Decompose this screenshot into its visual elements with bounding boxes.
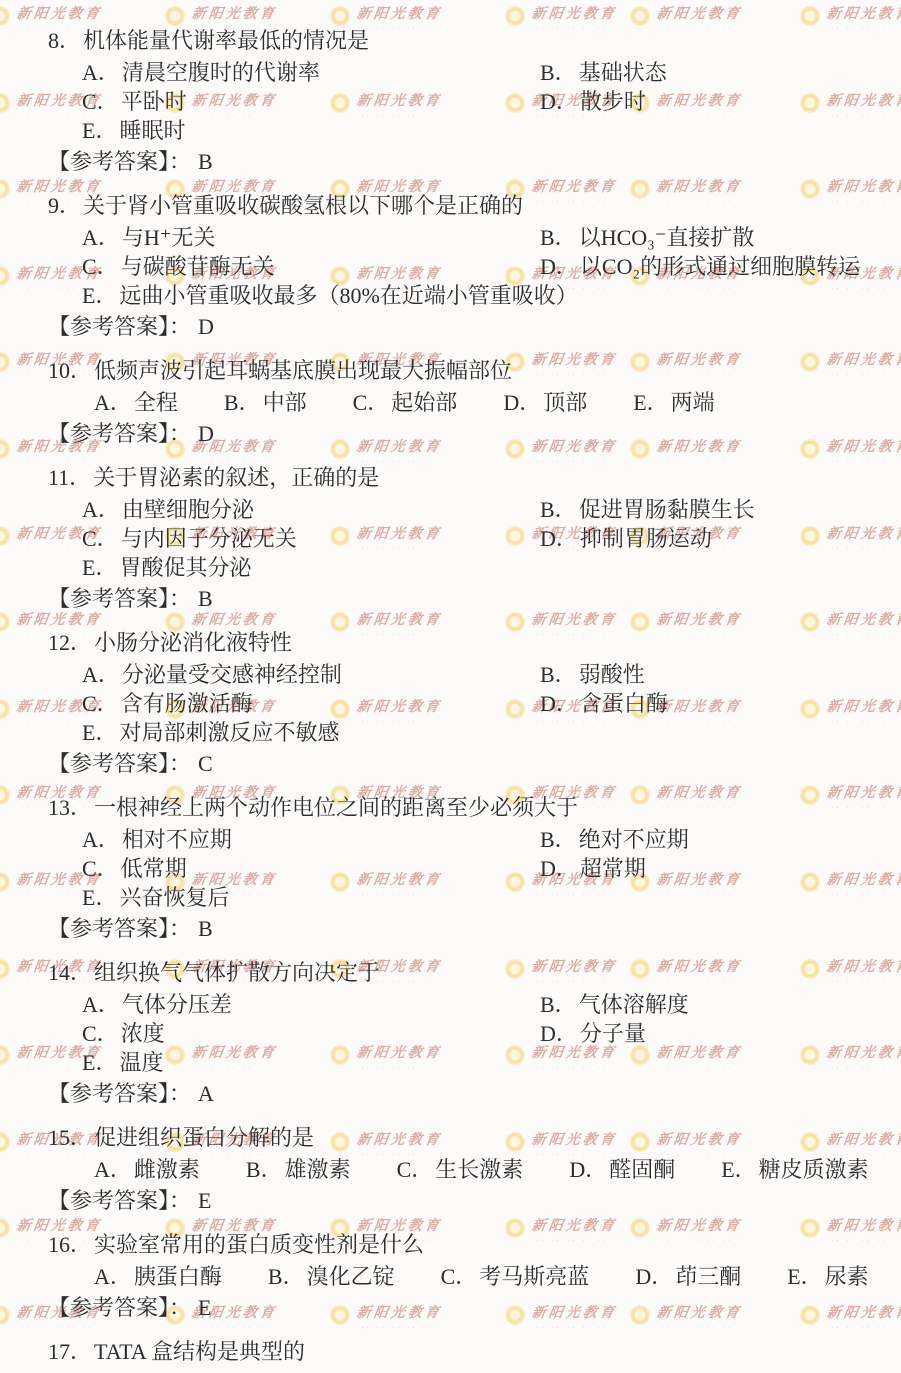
option-C: C．含有肠激活酶 xyxy=(82,689,540,718)
option-C: C．与碳酸苷酶无关 xyxy=(82,252,540,281)
answer-value: A xyxy=(198,1081,214,1106)
option-label: C． xyxy=(82,254,119,279)
answer-value: D xyxy=(198,314,214,339)
question-stem-line: 8．机体能量代谢率最低的情况是 xyxy=(48,26,901,55)
answer-line: 【参考答案】：B xyxy=(48,914,901,943)
question-stem-line: 9．关于肾小管重吸收碳酸氢根以下哪个是正确的 xyxy=(48,191,901,220)
option-label: B． xyxy=(540,497,577,522)
question-stem-line: 17．TATA 盒结构是典型的 xyxy=(48,1337,901,1366)
option-text: 与H⁺无关 xyxy=(122,225,216,250)
option-text: 分泌量受交感神经控制 xyxy=(122,662,342,687)
option-label: C． xyxy=(82,526,119,551)
option-text: 茚三酮 xyxy=(675,1264,741,1289)
option-text: 中部 xyxy=(263,390,307,415)
question-stem: 实验室常用的蛋白质变性剂是什么 xyxy=(94,1232,424,1257)
option-text: 胰蛋白酶 xyxy=(134,1264,222,1289)
option-label: E． xyxy=(82,1050,117,1075)
option-label: B． xyxy=(540,225,577,250)
option-label: E． xyxy=(633,390,668,415)
option-group: A．全程B．中部C．起始部D．顶部E．两端 xyxy=(94,388,901,417)
question-stem-line: 12．小肠分泌消化液特性 xyxy=(48,628,901,657)
option-C: C．与内因子分泌无关 xyxy=(82,524,540,553)
option-label: E． xyxy=(82,283,117,308)
option-text: 清晨空腹时的代谢率 xyxy=(122,60,320,85)
option-text: 与内因子分泌无关 xyxy=(121,526,297,551)
option-label: C． xyxy=(397,1157,434,1182)
option-text: 睡眠时 xyxy=(119,118,185,143)
option-label: C． xyxy=(82,691,119,716)
answer-value: C xyxy=(198,751,213,776)
option-B: B．促进胃肠黏膜生长 xyxy=(540,495,901,524)
option-group: A．相对不应期B．绝对不应期C．低常期D．超常期E．兴奋恢复后 xyxy=(82,825,901,912)
question-block: 16．实验室常用的蛋白质变性剂是什么 A．胰蛋白酶B．溴化乙锭C．考马斯亮蓝D．… xyxy=(48,1230,901,1322)
option-A: A．与H⁺无关 xyxy=(82,223,540,252)
answer-prefix: 【参考答案】： xyxy=(48,1295,191,1320)
option-text: 绝对不应期 xyxy=(579,827,689,852)
option-label: E． xyxy=(82,885,117,910)
option-text: 考马斯亮蓝 xyxy=(479,1264,589,1289)
option-label: B． xyxy=(540,827,577,852)
option-label: C． xyxy=(82,89,119,114)
option-B: B．中部 xyxy=(224,388,307,417)
option-label: A． xyxy=(82,827,120,852)
option-text: 气体分压差 xyxy=(122,992,232,1017)
option-group: A．由壁细胞分泌B．促进胃肠黏膜生长C．与内因子分泌无关D．抑制胃肠运动E．胃酸… xyxy=(82,495,901,582)
answer-prefix: 【参考答案】： xyxy=(48,916,191,941)
option-B: B．气体溶解度 xyxy=(540,990,901,1019)
option-text: 分子量 xyxy=(580,1021,646,1046)
option-label: D． xyxy=(540,691,578,716)
option-group: A．气体分压差B．气体溶解度C．浓度D．分子量E．温度 xyxy=(82,990,901,1077)
question-block: 9．关于肾小管重吸收碳酸氢根以下哪个是正确的 A．与H⁺无关B．以HCO₃⁻直接… xyxy=(48,191,901,341)
option-group: A．胰蛋白酶B．溴化乙锭C．考马斯亮蓝D．茚三酮E．尿素 xyxy=(94,1262,901,1291)
option-E: E．胃酸促其分泌 xyxy=(82,553,540,582)
option-text: 相对不应期 xyxy=(122,827,232,852)
answer-prefix: 【参考答案】： xyxy=(48,751,191,776)
option-C: C．生长激素 xyxy=(397,1155,524,1184)
option-label: E． xyxy=(721,1157,756,1182)
answer-value: E xyxy=(198,1295,211,1320)
question-stem: 一根神经上两个动作电位之间的距离至少必须大于 xyxy=(94,795,578,820)
option-text: 浓度 xyxy=(121,1021,165,1046)
option-group: A．清晨空腹时的代谢率B．基础状态C．平卧时D．散步时E．睡眠时 xyxy=(82,58,901,145)
question-number: 16． xyxy=(48,1232,92,1257)
question-block: 14．组织换气气体扩散方向决定于 A．气体分压差B．气体溶解度C．浓度D．分子量… xyxy=(48,958,901,1108)
option-D: D．茚三酮 xyxy=(635,1262,741,1291)
option-text: 与碳酸苷酶无关 xyxy=(121,254,275,279)
option-text: 超常期 xyxy=(580,856,646,881)
option-label: D． xyxy=(540,89,578,114)
option-text: 胃酸促其分泌 xyxy=(119,555,251,580)
answer-line: 【参考答案】：D xyxy=(48,419,901,448)
option-label: E． xyxy=(82,118,117,143)
answer-line: 【参考答案】：D xyxy=(48,312,901,341)
option-text: 顶部 xyxy=(543,390,587,415)
option-label: A． xyxy=(82,992,120,1017)
question-number: 8． xyxy=(48,28,81,53)
answer-value: B xyxy=(198,586,213,611)
option-D: D．醛固酮 xyxy=(569,1155,675,1184)
option-B: B．基础状态 xyxy=(540,58,901,87)
answer-line: 【参考答案】：B xyxy=(48,584,901,613)
option-text: 全程 xyxy=(134,390,178,415)
answer-line: 【参考答案】：B xyxy=(48,147,901,176)
option-B: B．弱酸性 xyxy=(540,660,901,689)
option-label: A． xyxy=(82,662,120,687)
answer-prefix: 【参考答案】： xyxy=(48,421,191,446)
option-label: D． xyxy=(540,254,578,279)
option-E: E．两端 xyxy=(633,388,714,417)
answer-prefix: 【参考答案】： xyxy=(48,149,191,174)
option-text: 起始部 xyxy=(391,390,457,415)
question-stem: 低频声波引起耳蜗基底膜出现最大振幅部位 xyxy=(94,358,512,383)
option-text: 尿素 xyxy=(825,1264,869,1289)
question-block: 10．低频声波引起耳蜗基底膜出现最大振幅部位 A．全程B．中部C．起始部D．顶部… xyxy=(48,356,901,448)
option-text: 雄激素 xyxy=(285,1157,351,1182)
option-E: E．尿素 xyxy=(787,1262,868,1291)
option-label: E． xyxy=(82,720,117,745)
option-label: C． xyxy=(353,390,390,415)
option-label: A． xyxy=(94,1264,132,1289)
question-number: 15． xyxy=(48,1125,92,1150)
option-label: D． xyxy=(540,856,578,881)
question-stem: TATA 盒结构是典型的 xyxy=(94,1339,305,1364)
option-A: A．由壁细胞分泌 xyxy=(82,495,540,524)
option-text: 溴化乙锭 xyxy=(307,1264,395,1289)
option-label: A． xyxy=(94,390,132,415)
answer-prefix: 【参考答案】： xyxy=(48,1081,191,1106)
option-text: 雌激素 xyxy=(134,1157,200,1182)
option-text: 醛固酮 xyxy=(609,1157,675,1182)
question-stem: 组织换气气体扩散方向决定于 xyxy=(94,960,380,985)
option-A: A．全程 xyxy=(94,388,178,417)
option-A: A．分泌量受交感神经控制 xyxy=(82,660,540,689)
answer-prefix: 【参考答案】： xyxy=(48,586,191,611)
question-stem: 关于肾小管重吸收碳酸氢根以下哪个是正确的 xyxy=(83,193,523,218)
option-label: C． xyxy=(441,1264,478,1289)
question-block: 13．一根神经上两个动作电位之间的距离至少必须大于 A．相对不应期B．绝对不应期… xyxy=(48,793,901,943)
option-B: B．雄激素 xyxy=(246,1155,351,1184)
question-stem-line: 16．实验室常用的蛋白质变性剂是什么 xyxy=(48,1230,901,1259)
option-B: B．绝对不应期 xyxy=(540,825,901,854)
question-stem: 促进组织蛋白分解的是 xyxy=(94,1125,314,1150)
option-text: 含蛋白酶 xyxy=(580,691,668,716)
option-text: 促进胃肠黏膜生长 xyxy=(579,497,755,522)
question-stem: 关于胃泌素的叙述，正确的是 xyxy=(93,465,379,490)
option-A: A．胰蛋白酶 xyxy=(94,1262,222,1291)
option-label: C． xyxy=(82,856,119,881)
option-C: C．起始部 xyxy=(353,388,458,417)
option-text: 兴奋恢复后 xyxy=(119,885,229,910)
option-label: D． xyxy=(540,526,578,551)
option-text: 以CO₂的形式通过细胞膜转运 xyxy=(580,254,860,279)
option-group: A．雌激素B．雄激素C．生长激素D．醛固酮E．糖皮质激素 xyxy=(94,1155,901,1184)
option-D: D．以CO₂的形式通过细胞膜转运 xyxy=(540,252,901,281)
option-B: B．溴化乙锭 xyxy=(268,1262,395,1291)
option-text: 散步时 xyxy=(580,89,646,114)
option-text: 以HCO₃⁻直接扩散 xyxy=(579,225,755,250)
answer-value: E xyxy=(198,1188,211,1213)
answer-value: D xyxy=(198,421,214,446)
option-label: C． xyxy=(82,1021,119,1046)
option-text: 含有肠激活酶 xyxy=(121,691,253,716)
option-label: E． xyxy=(82,555,117,580)
question-number: 14． xyxy=(48,960,92,985)
option-text: 抑制胃肠运动 xyxy=(580,526,712,551)
option-label: B． xyxy=(246,1157,283,1182)
option-label: B． xyxy=(540,60,577,85)
answer-prefix: 【参考答案】： xyxy=(48,1188,191,1213)
option-C: C．平卧时 xyxy=(82,87,540,116)
option-C: C．浓度 xyxy=(82,1019,540,1048)
answer-line: 【参考答案】：E xyxy=(48,1186,901,1215)
option-E: E．糖皮质激素 xyxy=(721,1155,868,1184)
question-stem-line: 15．促进组织蛋白分解的是 xyxy=(48,1123,901,1152)
option-label: A． xyxy=(94,1157,132,1182)
option-E: E．远曲小管重吸收最多（80%在近端小管重吸收） xyxy=(82,281,540,310)
option-text: 温度 xyxy=(119,1050,163,1075)
question-number: 17． xyxy=(48,1339,92,1364)
answer-prefix: 【参考答案】： xyxy=(48,314,191,339)
option-text: 平卧时 xyxy=(121,89,187,114)
answer-line: 【参考答案】：E xyxy=(48,1293,901,1322)
option-group: A．与H⁺无关B．以HCO₃⁻直接扩散C．与碳酸苷酶无关D．以CO₂的形式通过细… xyxy=(82,223,901,310)
option-label: E． xyxy=(787,1264,822,1289)
question-number: 9． xyxy=(48,193,81,218)
question-block: 12．小肠分泌消化液特性 A．分泌量受交感神经控制B．弱酸性C．含有肠激活酶D．… xyxy=(48,628,901,778)
question-block: 15．促进组织蛋白分解的是 A．雌激素B．雄激素C．生长激素D．醛固酮E．糖皮质… xyxy=(48,1123,901,1215)
question-number: 10． xyxy=(48,358,92,383)
question-number: 11． xyxy=(48,465,91,490)
option-group: A．分泌量受交感神经控制B．弱酸性C．含有肠激活酶D．含蛋白酶E．对局部刺激反应… xyxy=(82,660,901,747)
option-E: E．兴奋恢复后 xyxy=(82,883,540,912)
option-E: E．温度 xyxy=(82,1048,540,1077)
answer-line: 【参考答案】：A xyxy=(48,1079,901,1108)
question-stem: 小肠分泌消化液特性 xyxy=(94,630,292,655)
option-label: B． xyxy=(540,662,577,687)
option-label: A． xyxy=(82,225,120,250)
option-text: 远曲小管重吸收最多（80%在近端小管重吸收） xyxy=(119,283,577,308)
option-A: A．雌激素 xyxy=(94,1155,200,1184)
option-A: A．气体分压差 xyxy=(82,990,540,1019)
option-text: 生长激素 xyxy=(435,1157,523,1182)
question-list: 8．机体能量代谢率最低的情况是 A．清晨空腹时的代谢率B．基础状态C．平卧时D．… xyxy=(48,26,901,1366)
option-A: A．相对不应期 xyxy=(82,825,540,854)
option-text: 弱酸性 xyxy=(579,662,645,687)
option-text: 基础状态 xyxy=(579,60,667,85)
option-label: B． xyxy=(268,1264,305,1289)
option-label: B． xyxy=(224,390,261,415)
option-D: D．分子量 xyxy=(540,1019,901,1048)
question-block: 11．关于胃泌素的叙述，正确的是 A．由壁细胞分泌B．促进胃肠黏膜生长C．与内因… xyxy=(48,463,901,613)
option-C: C．考马斯亮蓝 xyxy=(441,1262,590,1291)
answer-value: B xyxy=(198,149,213,174)
answer-value: B xyxy=(198,916,213,941)
answer-line: 【参考答案】：C xyxy=(48,749,901,778)
option-D: D．顶部 xyxy=(503,388,587,417)
question-block: 8．机体能量代谢率最低的情况是 A．清晨空腹时的代谢率B．基础状态C．平卧时D．… xyxy=(48,26,901,176)
option-label: D． xyxy=(569,1157,607,1182)
question-number: 13． xyxy=(48,795,92,820)
question-stem-line: 13．一根神经上两个动作电位之间的距离至少必须大于 xyxy=(48,793,901,822)
option-text: 由壁细胞分泌 xyxy=(122,497,254,522)
option-label: D． xyxy=(540,1021,578,1046)
option-E: E．睡眠时 xyxy=(82,116,540,145)
option-text: 低常期 xyxy=(121,856,187,881)
option-text: 两端 xyxy=(671,390,715,415)
option-B: B．以HCO₃⁻直接扩散 xyxy=(540,223,901,252)
question-stem-line: 11．关于胃泌素的叙述，正确的是 xyxy=(48,463,901,492)
question-stem-line: 10．低频声波引起耳蜗基底膜出现最大振幅部位 xyxy=(48,356,901,385)
option-text: 对局部刺激反应不敏感 xyxy=(119,720,339,745)
option-text: 气体溶解度 xyxy=(579,992,689,1017)
option-D: D．散步时 xyxy=(540,87,901,116)
question-stem: 机体能量代谢率最低的情况是 xyxy=(83,28,369,53)
option-D: D．含蛋白酶 xyxy=(540,689,901,718)
question-stem-line: 14．组织换气气体扩散方向决定于 xyxy=(48,958,901,987)
question-number: 12． xyxy=(48,630,92,655)
question-block: 17．TATA 盒结构是典型的 xyxy=(48,1337,901,1366)
option-D: D．超常期 xyxy=(540,854,901,883)
option-D: D．抑制胃肠运动 xyxy=(540,524,901,553)
option-E: E．对局部刺激反应不敏感 xyxy=(82,718,540,747)
option-A: A．清晨空腹时的代谢率 xyxy=(82,58,540,87)
option-label: D． xyxy=(503,390,541,415)
option-C: C．低常期 xyxy=(82,854,540,883)
option-text: 糖皮质激素 xyxy=(759,1157,869,1182)
option-label: A． xyxy=(82,60,120,85)
option-label: D． xyxy=(635,1264,673,1289)
document-page: 8．机体能量代谢率最低的情况是 A．清晨空腹时的代谢率B．基础状态C．平卧时D．… xyxy=(0,0,901,1366)
option-label: B． xyxy=(540,992,577,1017)
option-label: A． xyxy=(82,497,120,522)
